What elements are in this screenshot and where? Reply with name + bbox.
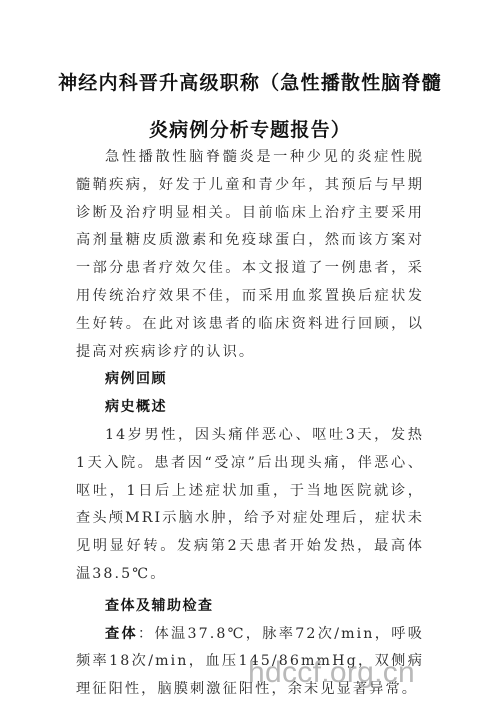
intro-paragraph: 急性播散性脑脊髓炎是一种少见的炎症性脱髓鞘疾病，好发于儿童和青少年，其预后与早期… [76, 144, 424, 366]
section-heading-case-review: 病例回顾 [76, 366, 424, 394]
section-heading-history: 病史概述 [76, 394, 424, 422]
document-title-line-2: 炎病例分析专题报告） [0, 115, 500, 142]
watermark: hdccf.org.cn [248, 656, 415, 690]
exam-label: 查体 [105, 626, 138, 642]
document-page: 神经内科晋升高级职称（急性播散性脑脊髓 炎病例分析专题报告） 急性播散性脑脊髓炎… [0, 0, 500, 707]
document-body: 急性播散性脑脊髓炎是一种少见的炎症性脱髓鞘疾病，好发于儿童和青少年，其预后与早期… [76, 144, 424, 704]
history-paragraph: 14岁男性，因头痛伴恶心、呕吐3天，发热1天入院。患者因“受凉”后出现头痛，伴恶… [76, 422, 424, 589]
document-title-line-1: 神经内科晋升高级职称（急性播散性脑脊髓 [0, 68, 500, 95]
section-heading-exam: 查体及辅助检查 [76, 593, 424, 621]
